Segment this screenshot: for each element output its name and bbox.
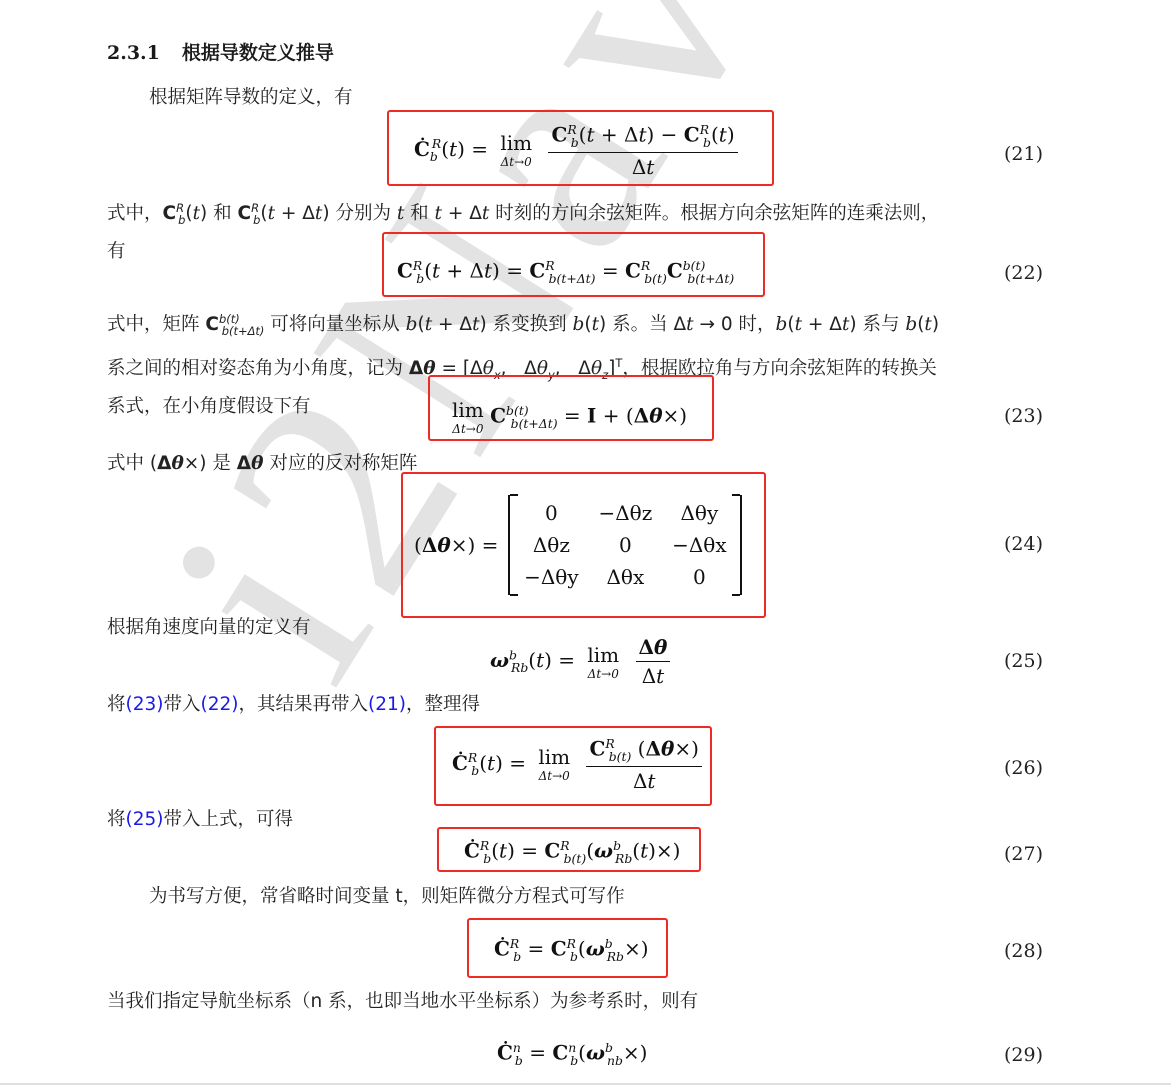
paragraph-4: 式中 (Δθ×) 是 Δθ 对应的反对称矩阵 [107,448,417,479]
equation-number-29: (29) [1004,1044,1043,1066]
paragraph-6: 将(23)带入(22)，其结果再带入(21)，整理得 [107,689,480,720]
equation-26: ĊRb(t) = limΔt→0 CRb(t) (Δθ×)Δt [452,736,706,793]
equation-25: ωbRb(t) = limΔt→0 ΔθΔt [490,635,674,688]
paragraph-1: 根据矩阵导数的定义，有 [149,82,353,113]
equation-21: ĊbR(t) = limΔt→0 CRb(t + Δt) − CRb(t)Δt [414,122,742,179]
skew-symmetric-matrix: 0−ΔθzΔθy Δθz0−Δθx −ΔθyΔθx0 [508,495,742,595]
paragraph-7: 将(25)带入上式，可得 [107,804,293,835]
page-bottom-divider [0,1083,1171,1085]
equation-ref-22[interactable]: (22) [201,694,239,715]
equation-number-21: (21) [1004,143,1043,165]
equation-number-24: (24) [1004,533,1043,555]
document-page: 2.3.1根据导数定义推导 根据矩阵导数的定义，有 ĊbR(t) = limΔt… [0,0,1171,1090]
equation-number-26: (26) [1004,757,1043,779]
section-heading: 2.3.1根据导数定义推导 [107,38,334,65]
paragraph-5: 根据角速度向量的定义有 [107,612,311,643]
equation-23: limΔt→0 Cb(t)b(t+Δt) = I + (Δθ×) [452,398,687,436]
equation-number-23: (23) [1004,405,1043,427]
equation-number-22: (22) [1004,262,1043,284]
section-number: 2.3.1 [107,42,160,64]
equation-number-25: (25) [1004,650,1043,672]
paragraph-8: 为书写方便，常省略时间变量 t，则矩阵微分方程式可写作 [149,881,625,912]
equation-22: CRb(t + Δt) = CRb(t+Δt) = CRb(t)Cb(t)b(t… [397,258,734,286]
equation-ref-21[interactable]: (21) [368,694,406,715]
equation-ref-25[interactable]: (25) [126,809,164,830]
equation-27: ĊRb(t) = CRb(t)(ωbRb(t)×) [464,838,681,866]
equation-28: ĊRb = CRb(ωbRb×) [494,936,649,964]
equation-29: Ċnb = Cnb(ωbnb×) [497,1040,647,1068]
paragraph-9: 当我们指定导航坐标系（n 系，也即当地水平坐标系）为参考系时，则有 [107,986,698,1017]
equation-number-28: (28) [1004,940,1043,962]
equation-24: (Δθ×) = 0−ΔθzΔθy Δθz0−Δθx −ΔθyΔθx0 [414,495,742,595]
equation-number-27: (27) [1004,843,1043,865]
equation-ref-23[interactable]: (23) [126,694,164,715]
section-title: 根据导数定义推导 [182,42,334,64]
